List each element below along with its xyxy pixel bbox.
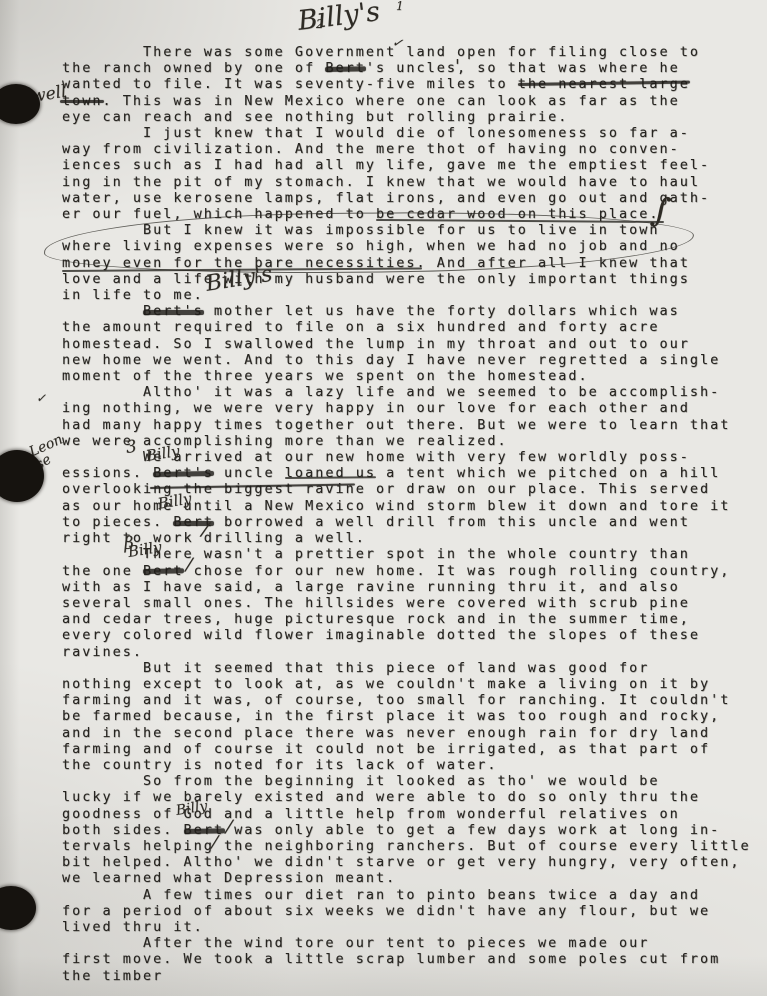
handwritten-sunrise: Sunrise — [0, 452, 53, 493]
margin-check-mark: ✓ — [36, 392, 46, 404]
scanned-page: There was some Government land open for … — [0, 0, 767, 996]
typewritten-text: There was some Government land open for … — [62, 44, 751, 984]
handwritten-name-billys-top: Billy's — [296, 0, 381, 35]
handwritten-leon: Leon — [27, 432, 65, 459]
hole-punch-dot-1 — [0, 84, 40, 124]
hole-punch-dot-2 — [0, 450, 44, 502]
hole-punch-dot-3 — [0, 886, 36, 930]
handwritten-mark-1: 1 — [396, 0, 404, 12]
handwritten-mark-2: 2 — [316, 18, 324, 30]
handwritten-roswell: Roswell — [0, 84, 68, 111]
